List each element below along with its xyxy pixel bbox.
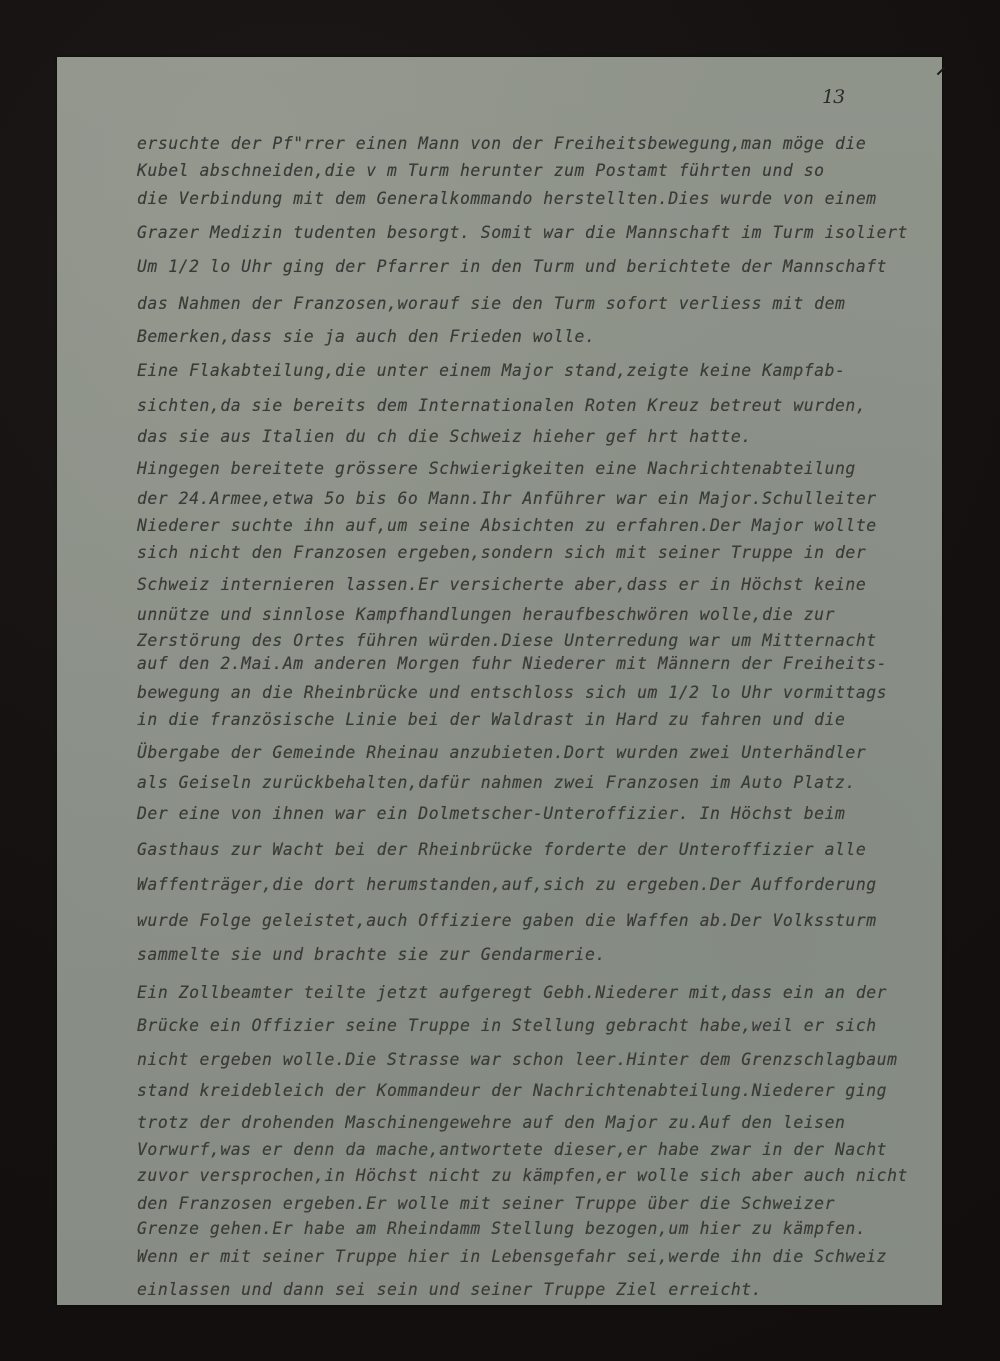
text-line: Übergabe der Gemeinde Rheinau anzubieten… — [137, 743, 866, 762]
text-line: sichten,da sie bereits dem International… — [137, 396, 866, 415]
text-line: sich nicht den Franzosen ergeben,sondern… — [137, 543, 866, 562]
text-line: sammelte sie und brachte sie zur Gendarm… — [137, 945, 606, 964]
text-line: bewegung an die Rheinbrücke und entschlo… — [137, 683, 887, 702]
text-line: unnütze und sinnlose Kampfhandlungen her… — [137, 605, 835, 624]
text-line: Kubel abschneiden,die v m Turm herunter … — [137, 161, 825, 180]
page-number: 13 — [822, 86, 844, 108]
text-line: als Geiseln zurückbehalten,dafür nahmen … — [137, 773, 856, 792]
text-line: einlassen und dann sei sein und seiner T… — [137, 1280, 762, 1299]
text-line: Vorwurf,was er denn da mache,antwortete … — [137, 1140, 887, 1159]
text-line: Waffenträger,die dort herumstanden,auf,s… — [137, 875, 877, 894]
text-line: der 24.Armee,etwa 5o bis 6o Mann.Ihr Anf… — [137, 489, 877, 508]
text-line: Grazer Medizin tudenten besorgt. Somit w… — [137, 223, 908, 242]
text-line: nicht ergeben wolle.Die Strasse war scho… — [137, 1050, 898, 1069]
text-line: Niederer suchte ihn auf,um seine Absicht… — [137, 516, 877, 535]
text-line: das sie aus Italien du ch die Schweiz hi… — [137, 427, 752, 446]
text-line: Wenn er mit seiner Truppe hier in Lebens… — [137, 1247, 887, 1266]
text-line: auf den 2.Mai.Am anderen Morgen fuhr Nie… — [137, 654, 887, 673]
text-line: Brücke ein Offizier seine Truppe in Stel… — [137, 1016, 877, 1035]
text-line: die Verbindung mit dem Generalkommando h… — [137, 189, 877, 208]
text-line: Bemerken,dass sie ja auch den Frieden wo… — [137, 327, 595, 346]
text-line: Hingegen bereitete grössere Schwierigkei… — [137, 459, 856, 478]
text-line: trotz der drohenden Maschinengewehre auf… — [137, 1113, 845, 1132]
text-line: den Franzosen ergeben.Er wolle mit seine… — [137, 1194, 835, 1213]
text-line: Um 1/2 lo Uhr ging der Pfarrer in den Tu… — [137, 257, 887, 276]
text-line: Schweiz internieren lassen.Er versichert… — [137, 575, 866, 594]
text-line: Grenze gehen.Er habe am Rheindamm Stellu… — [137, 1219, 866, 1238]
text-line: das Nahmen der Franzosen,worauf sie den … — [137, 294, 845, 313]
text-line: Eine Flakabteilung,die unter einem Major… — [137, 361, 845, 380]
text-line: wurde Folge geleistet,auch Offiziere gab… — [137, 911, 877, 930]
text-line: stand kreidebleich der Kommandeur der Na… — [137, 1081, 887, 1100]
text-line: Ein Zollbeamter teilte jetzt aufgeregt G… — [137, 983, 887, 1002]
text-line: in die französische Linie bei der Waldra… — [137, 710, 845, 729]
text-line: ersuchte der Pf"rrer einen Mann von der … — [137, 134, 866, 153]
text-line: zuvor versprochen,in Höchst nicht zu käm… — [137, 1166, 908, 1185]
text-line: Gasthaus zur Wacht bei der Rheinbrücke f… — [137, 840, 866, 859]
text-line: Zerstörung des Ortes führen würden.Diese… — [137, 631, 877, 650]
text-line: Der eine von ihnen war ein Dolmetscher-U… — [137, 804, 845, 823]
